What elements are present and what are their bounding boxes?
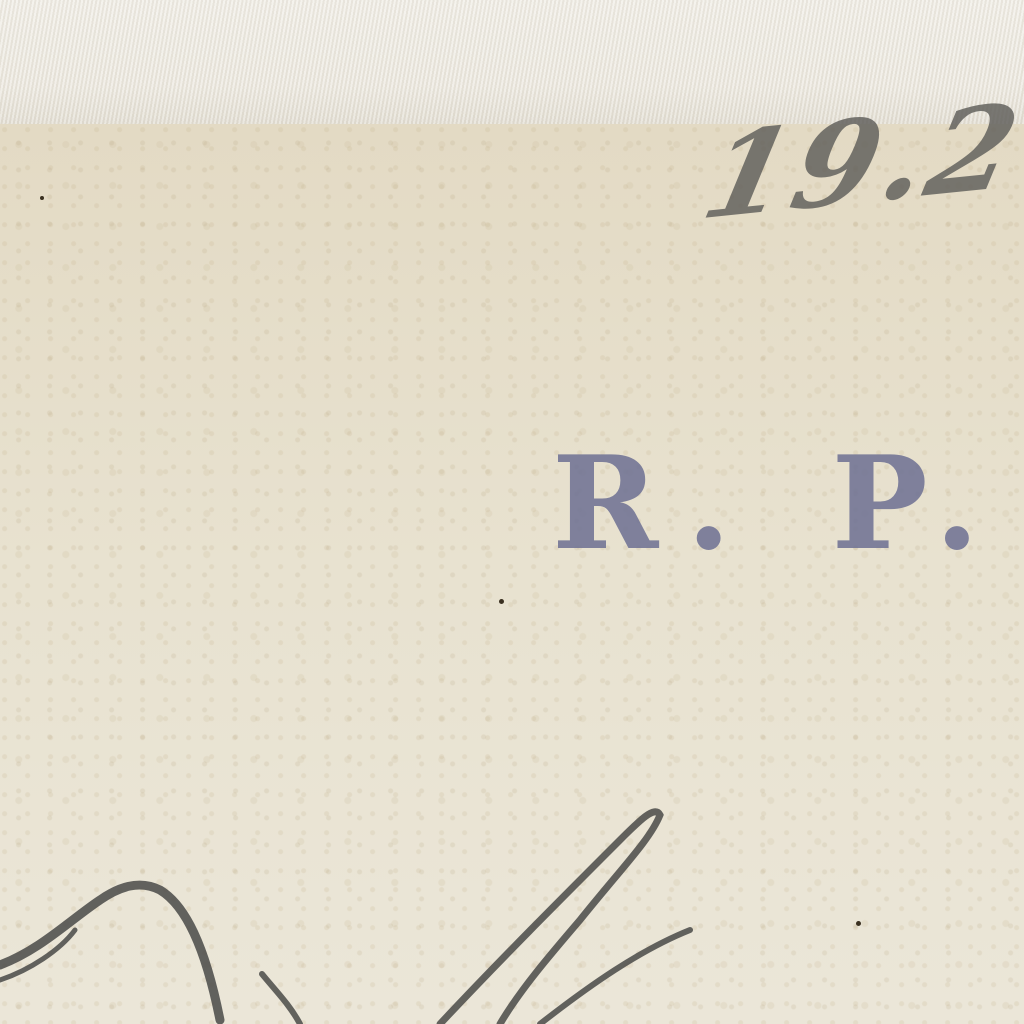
ink-stamp: R. P. A [552, 440, 1024, 568]
paper-speck [499, 599, 504, 604]
pencil-sketch [0, 780, 1024, 1024]
paper-speck [40, 196, 44, 200]
